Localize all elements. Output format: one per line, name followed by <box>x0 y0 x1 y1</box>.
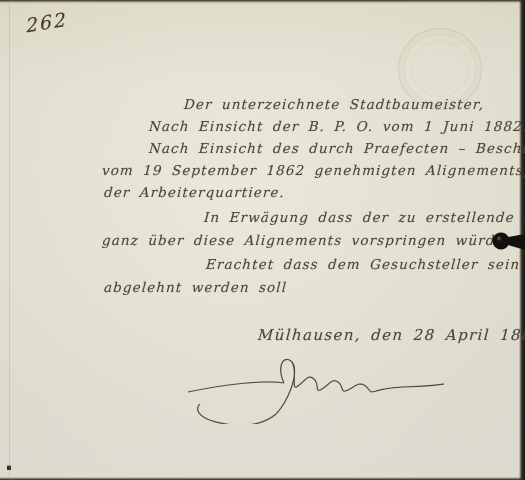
body-line: Nach Einsicht der B. P. O. vom 1 Juni 18… <box>148 119 525 135</box>
body-line: vom 19 September 1862 genehmigten Aligne… <box>101 163 525 179</box>
scanned-document-page: 262 Der unterzeichnete Stadtbaumeister, … <box>0 0 525 480</box>
body-line: Nach Einsicht des durch Praefecten – Bes… <box>148 141 525 157</box>
scan-artifact-speck <box>7 465 11 470</box>
page-top-edge <box>0 0 525 4</box>
page-number: 262 <box>26 9 69 38</box>
body-line: ganz über diese Alignements vorspringen … <box>101 233 510 249</box>
dateline: Mülhausen, den 28 April 1885. <box>257 326 525 344</box>
page-fold-line <box>9 0 10 480</box>
signature-flourish <box>186 352 446 424</box>
body-line: In Erwägung dass der zu erstellende Neub… <box>203 210 525 226</box>
body-line: abgelehnt werden soll <box>103 280 287 296</box>
binder-knob <box>489 224 525 260</box>
body-line: Erachtet dass dem Gesuchsteller sein Beg… <box>205 257 525 273</box>
embossed-seal-inner-ring <box>411 41 469 97</box>
body-line: Der unterzeichnete Stadtbaumeister, <box>183 97 484 113</box>
body-line: der Arbeiterquartiere. <box>103 185 285 201</box>
